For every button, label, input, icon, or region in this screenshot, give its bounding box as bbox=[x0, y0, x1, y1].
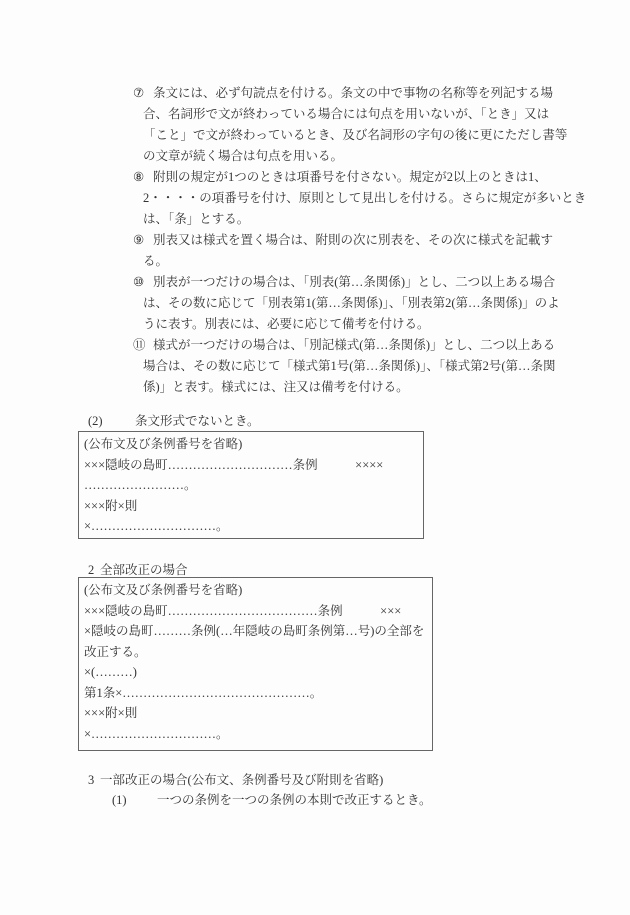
heading-title: 一つの条例を一つの条例の本則で改正するとき。 bbox=[157, 793, 432, 807]
box-line: ×××附×則 bbox=[84, 703, 427, 724]
list-item-11: ⑪ 様式が一つだけの場合は、「別記様式(第…条関係)」とし、二つ以上ある 場合は… bbox=[133, 335, 603, 398]
item-number: ⑪ bbox=[133, 335, 146, 356]
box-line: ×隠岐の島町………条例(…年隠岐の島町条例第…号)の全部を bbox=[84, 621, 427, 642]
heading-section-2paren: (2)条文形式でないとき。 bbox=[88, 412, 260, 430]
text-line: は、その数に応じて「別表第1(第…条関係)」、「別表第2(第…条関係)」のよ bbox=[143, 293, 603, 314]
heading-title: 一部改正の場合(公布文、条例番号及び附則を省略) bbox=[100, 773, 383, 787]
box-line: 改正する。 bbox=[84, 642, 427, 663]
heading-section-1paren: (1)一つの条例を一つの条例の本則で改正するとき。 bbox=[112, 791, 432, 809]
list-item-10: ⑩ 別表が一つだけの場合は、「別表(第…条関係)」とし、二つ以上ある場合 は、そ… bbox=[133, 272, 603, 335]
item-number: ⑦ bbox=[133, 83, 144, 104]
text-line: 合、名詞形で文が終わっている場合には句点を用いないが、「とき」又は bbox=[143, 104, 603, 125]
text-line: る。 bbox=[143, 251, 603, 272]
example-box-full-revision: (公布文及び条例番号を省略) ×××隠岐の島町………………………………条例 ××… bbox=[78, 577, 433, 751]
list-item-7: ⑦ 条文には、必ず句読点を付ける。条文の中で事物の名称等を列記する場 合、名詞形… bbox=[133, 83, 603, 167]
text-line: 別表又は様式を置く場合は、附則の次に別表を、その次に様式を記載す bbox=[153, 230, 603, 251]
list-item-9: ⑨ 別表又は様式を置く場合は、附則の次に別表を、その次に様式を記載す る。 bbox=[133, 230, 603, 272]
text-line: 附則の規定が1つのときは項番号を付さない。規定が2以上のときは1、 bbox=[153, 167, 603, 188]
box-line: ×××附×則 bbox=[84, 496, 418, 517]
box-line: ……………………。 bbox=[84, 475, 418, 496]
text-line: 2・・・・の項番号を付け、原則として見出しを付ける。さらに規定が多いとき bbox=[143, 188, 603, 209]
text-line: 別表が一つだけの場合は、「別表(第…条関係)」とし、二つ以上ある場合 bbox=[153, 272, 603, 293]
numbered-list: ⑦ 条文には、必ず句読点を付ける。条文の中で事物の名称等を列記する場 合、名詞形… bbox=[133, 83, 603, 398]
box-line: (公布文及び条例番号を省略) bbox=[84, 434, 418, 455]
text-line: は、「条」とする。 bbox=[143, 209, 603, 230]
item-number: ⑩ bbox=[133, 272, 144, 293]
heading-label: (2) bbox=[88, 412, 135, 430]
text-line: の文章が続く場合は句点を用いる。 bbox=[143, 146, 603, 167]
item-number: ⑨ bbox=[133, 230, 144, 251]
text-line: 係)」と表す。様式には、注又は備考を付ける。 bbox=[143, 377, 603, 398]
heading-title: 条文形式でないとき。 bbox=[135, 414, 260, 428]
item-number: ⑧ bbox=[133, 167, 144, 188]
heading-section-3: 3一部改正の場合(公布文、条例番号及び附則を省略) bbox=[88, 771, 383, 789]
text-line: 条文には、必ず句読点を付ける。条文の中で事物の名称等を列記する場 bbox=[153, 83, 603, 104]
box-line: ×××隠岐の島町………………………………条例 ××× bbox=[84, 601, 427, 622]
heading-label: (1) bbox=[112, 791, 157, 809]
box-line: ×××隠岐の島町…………………………条例 ×××× bbox=[84, 455, 418, 476]
box-line: ×…………………………。 bbox=[84, 516, 418, 537]
heading-label: 3 bbox=[88, 771, 100, 789]
box-line: (公布文及び条例番号を省略) bbox=[84, 580, 427, 601]
example-box-ordinance-nonarticle: (公布文及び条例番号を省略) ×××隠岐の島町…………………………条例 ××××… bbox=[78, 431, 424, 539]
text-line: 様式が一つだけの場合は、「別記様式(第…条関係)」とし、二つ以上ある bbox=[153, 335, 603, 356]
box-line: 第1条×………………………………………。 bbox=[84, 683, 427, 704]
box-line: ×…………………………。 bbox=[84, 724, 427, 745]
text-line: 「こと」で文が終わっているとき、及び名詞形の字句の後に更にただし書等 bbox=[143, 125, 603, 146]
document-page: ⑦ 条文には、必ず句読点を付ける。条文の中で事物の名称等を列記する場 合、名詞形… bbox=[0, 0, 630, 915]
text-line: 場合は、その数に応じて「様式第1号(第…条関係)」、「様式第2号(第…条関 bbox=[143, 356, 603, 377]
text-line: うに表す。別表には、必要に応じて備考を付ける。 bbox=[143, 314, 603, 335]
heading-title: 全部改正の場合 bbox=[100, 563, 188, 577]
list-item-8: ⑧ 附則の規定が1つのときは項番号を付さない。規定が2以上のときは1、 2・・・… bbox=[133, 167, 603, 230]
box-line: ×(………) bbox=[84, 662, 427, 683]
